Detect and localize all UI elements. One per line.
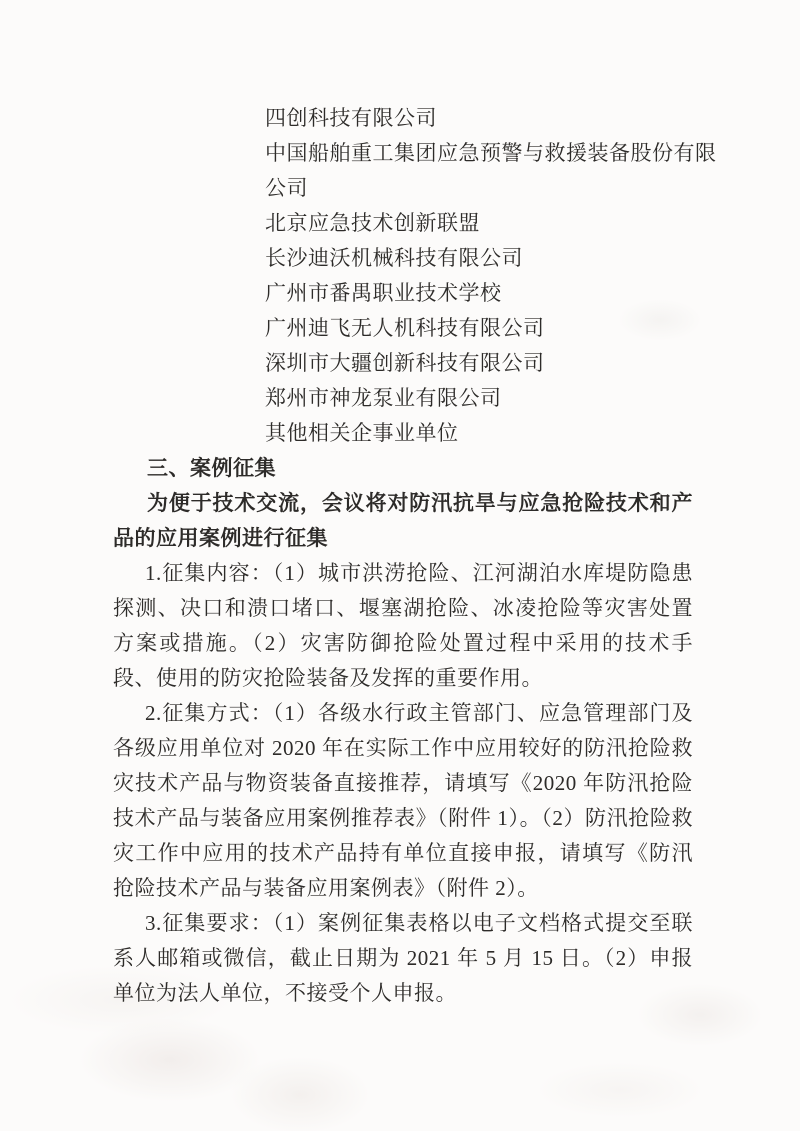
- organization-list: 四创科技有限公司中国船舶重工集团应急预警与救援装备股份有限公司北京应急技术创新联…: [265, 101, 717, 451]
- document-content: 四创科技有限公司中国船舶重工集团应急预警与救援装备股份有限公司北京应急技术创新联…: [113, 101, 693, 1011]
- organization-list-item: 深圳市大疆创新科技有限公司: [265, 346, 717, 381]
- section-heading: 三、案例征集: [113, 451, 693, 486]
- scanned-document-page: 四创科技有限公司中国船舶重工集团应急预警与救援装备股份有限公司北京应急技术创新联…: [0, 0, 800, 1131]
- section-intro: 为便于技术交流，会议将对防汛抗旱与应急抢险技术和产品的应用案例进行征集: [113, 486, 693, 556]
- body-paragraph: 1.征集内容：（1）城市洪涝抢险、江河湖泊水库堤防隐患探测、决口和溃口堵口、堰塞…: [113, 556, 693, 696]
- body-paragraph: 3.征集要求：（1）案例征集表格以电子文档格式提交至联系人邮箱或微信，截止日期为…: [113, 906, 693, 1011]
- organization-list-item: 四创科技有限公司: [265, 101, 717, 136]
- organization-list-item: 中国船舶重工集团应急预警与救援装备股份有限公司: [265, 136, 717, 206]
- organization-list-item: 其他相关企事业单位: [265, 416, 717, 451]
- section-paragraphs: 1.征集内容：（1）城市洪涝抢险、江河湖泊水库堤防隐患探测、决口和溃口堵口、堰塞…: [113, 556, 693, 1011]
- organization-list-item: 长沙迪沃机械科技有限公司: [265, 241, 717, 276]
- organization-list-item: 广州迪飞无人机科技有限公司: [265, 311, 717, 346]
- organization-list-item: 郑州市神龙泵业有限公司: [265, 381, 717, 416]
- organization-list-item: 北京应急技术创新联盟: [265, 206, 717, 241]
- body-paragraph: 2.征集方式：（1）各级水行政主管部门、应急管理部门及各级应用单位对 2020 …: [113, 696, 693, 906]
- organization-list-item: 广州市番禺职业技术学校: [265, 276, 717, 311]
